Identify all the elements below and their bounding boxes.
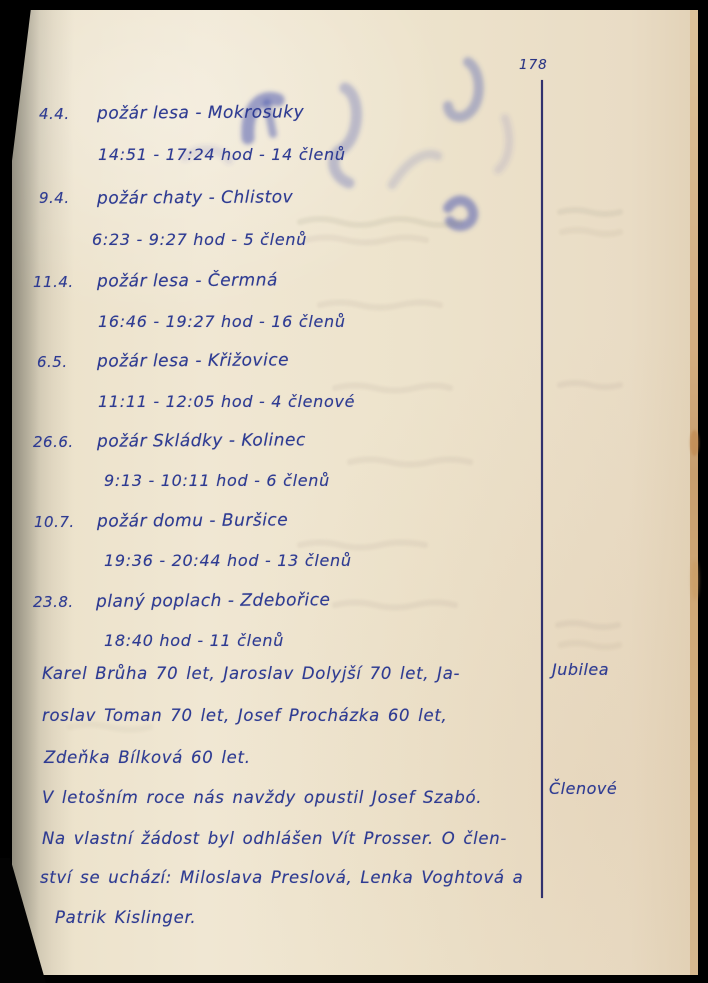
entry-title: požár Skládky - Kolinec — [97, 430, 306, 451]
entry-detail: 19:36 - 20:44 hod - 13 členů — [104, 551, 352, 570]
jubilea-line: Karel Brůha 70 let, Jaroslav Dolyjší 70 … — [42, 664, 460, 683]
entry-detail: 9:13 - 10:11 hod - 6 členů — [104, 471, 330, 490]
entry-title: planý poplach - Zdebořice — [96, 590, 331, 612]
entry-title: požár lesa - Mokrosuky — [97, 102, 304, 123]
entry-date: 26.6. — [33, 433, 74, 451]
entry-date: 6.5. — [37, 353, 68, 371]
foxing-stain — [690, 430, 699, 456]
entry-detail: 11:11 - 12:05 hod - 4 členové — [98, 392, 355, 411]
entry-date: 23.8. — [33, 593, 74, 611]
jubilea-line: roslav Toman 70 let, Josef Procházka 60 … — [42, 706, 447, 725]
entry-title: požár domu - Buršice — [97, 510, 288, 531]
entry-title: požár chaty - Chlistov — [97, 187, 293, 208]
entry-detail: 14:51 - 17:24 hod - 14 členů — [98, 145, 346, 164]
entry-detail: 16:46 - 19:27 hod - 16 členů — [98, 312, 346, 331]
entry-detail: 6:23 - 9:27 hod - 5 členů — [92, 230, 307, 249]
clenove-line: Na vlastní žádost byl odhlášen Vít Pross… — [42, 829, 507, 848]
margin-label-clenove: Členové — [549, 779, 617, 798]
entry-title: požár lesa - Čermná — [97, 270, 278, 291]
scanned-chronicle-page: 178 4.4. požár lesa - Mokrosuky 14:51 - … — [0, 0, 708, 983]
entry-date: 4.4. — [39, 105, 70, 123]
clenove-line: ství se uchází: Miloslava Preslová, Lenk… — [40, 868, 524, 887]
margin-rule — [541, 80, 543, 898]
foxing-stain — [691, 560, 699, 600]
jubilea-line: Zdeňka Bílková 60 let. — [44, 748, 251, 767]
entry-detail: 18:40 hod - 11 členů — [104, 631, 284, 650]
entry-date: 10.7. — [34, 513, 75, 531]
entry-title: požár lesa - Křižovice — [97, 350, 289, 371]
page-number: 178 — [519, 57, 548, 73]
clenove-line: V letošním roce nás navždy opustil Josef… — [42, 788, 482, 807]
clenove-line: Patrik Kislinger. — [55, 908, 196, 927]
page-edge-strip — [690, 10, 698, 975]
entry-date: 11.4. — [33, 273, 74, 291]
entry-date: 9.4. — [39, 189, 70, 207]
margin-label-jubilea: Jubilea — [552, 660, 609, 679]
